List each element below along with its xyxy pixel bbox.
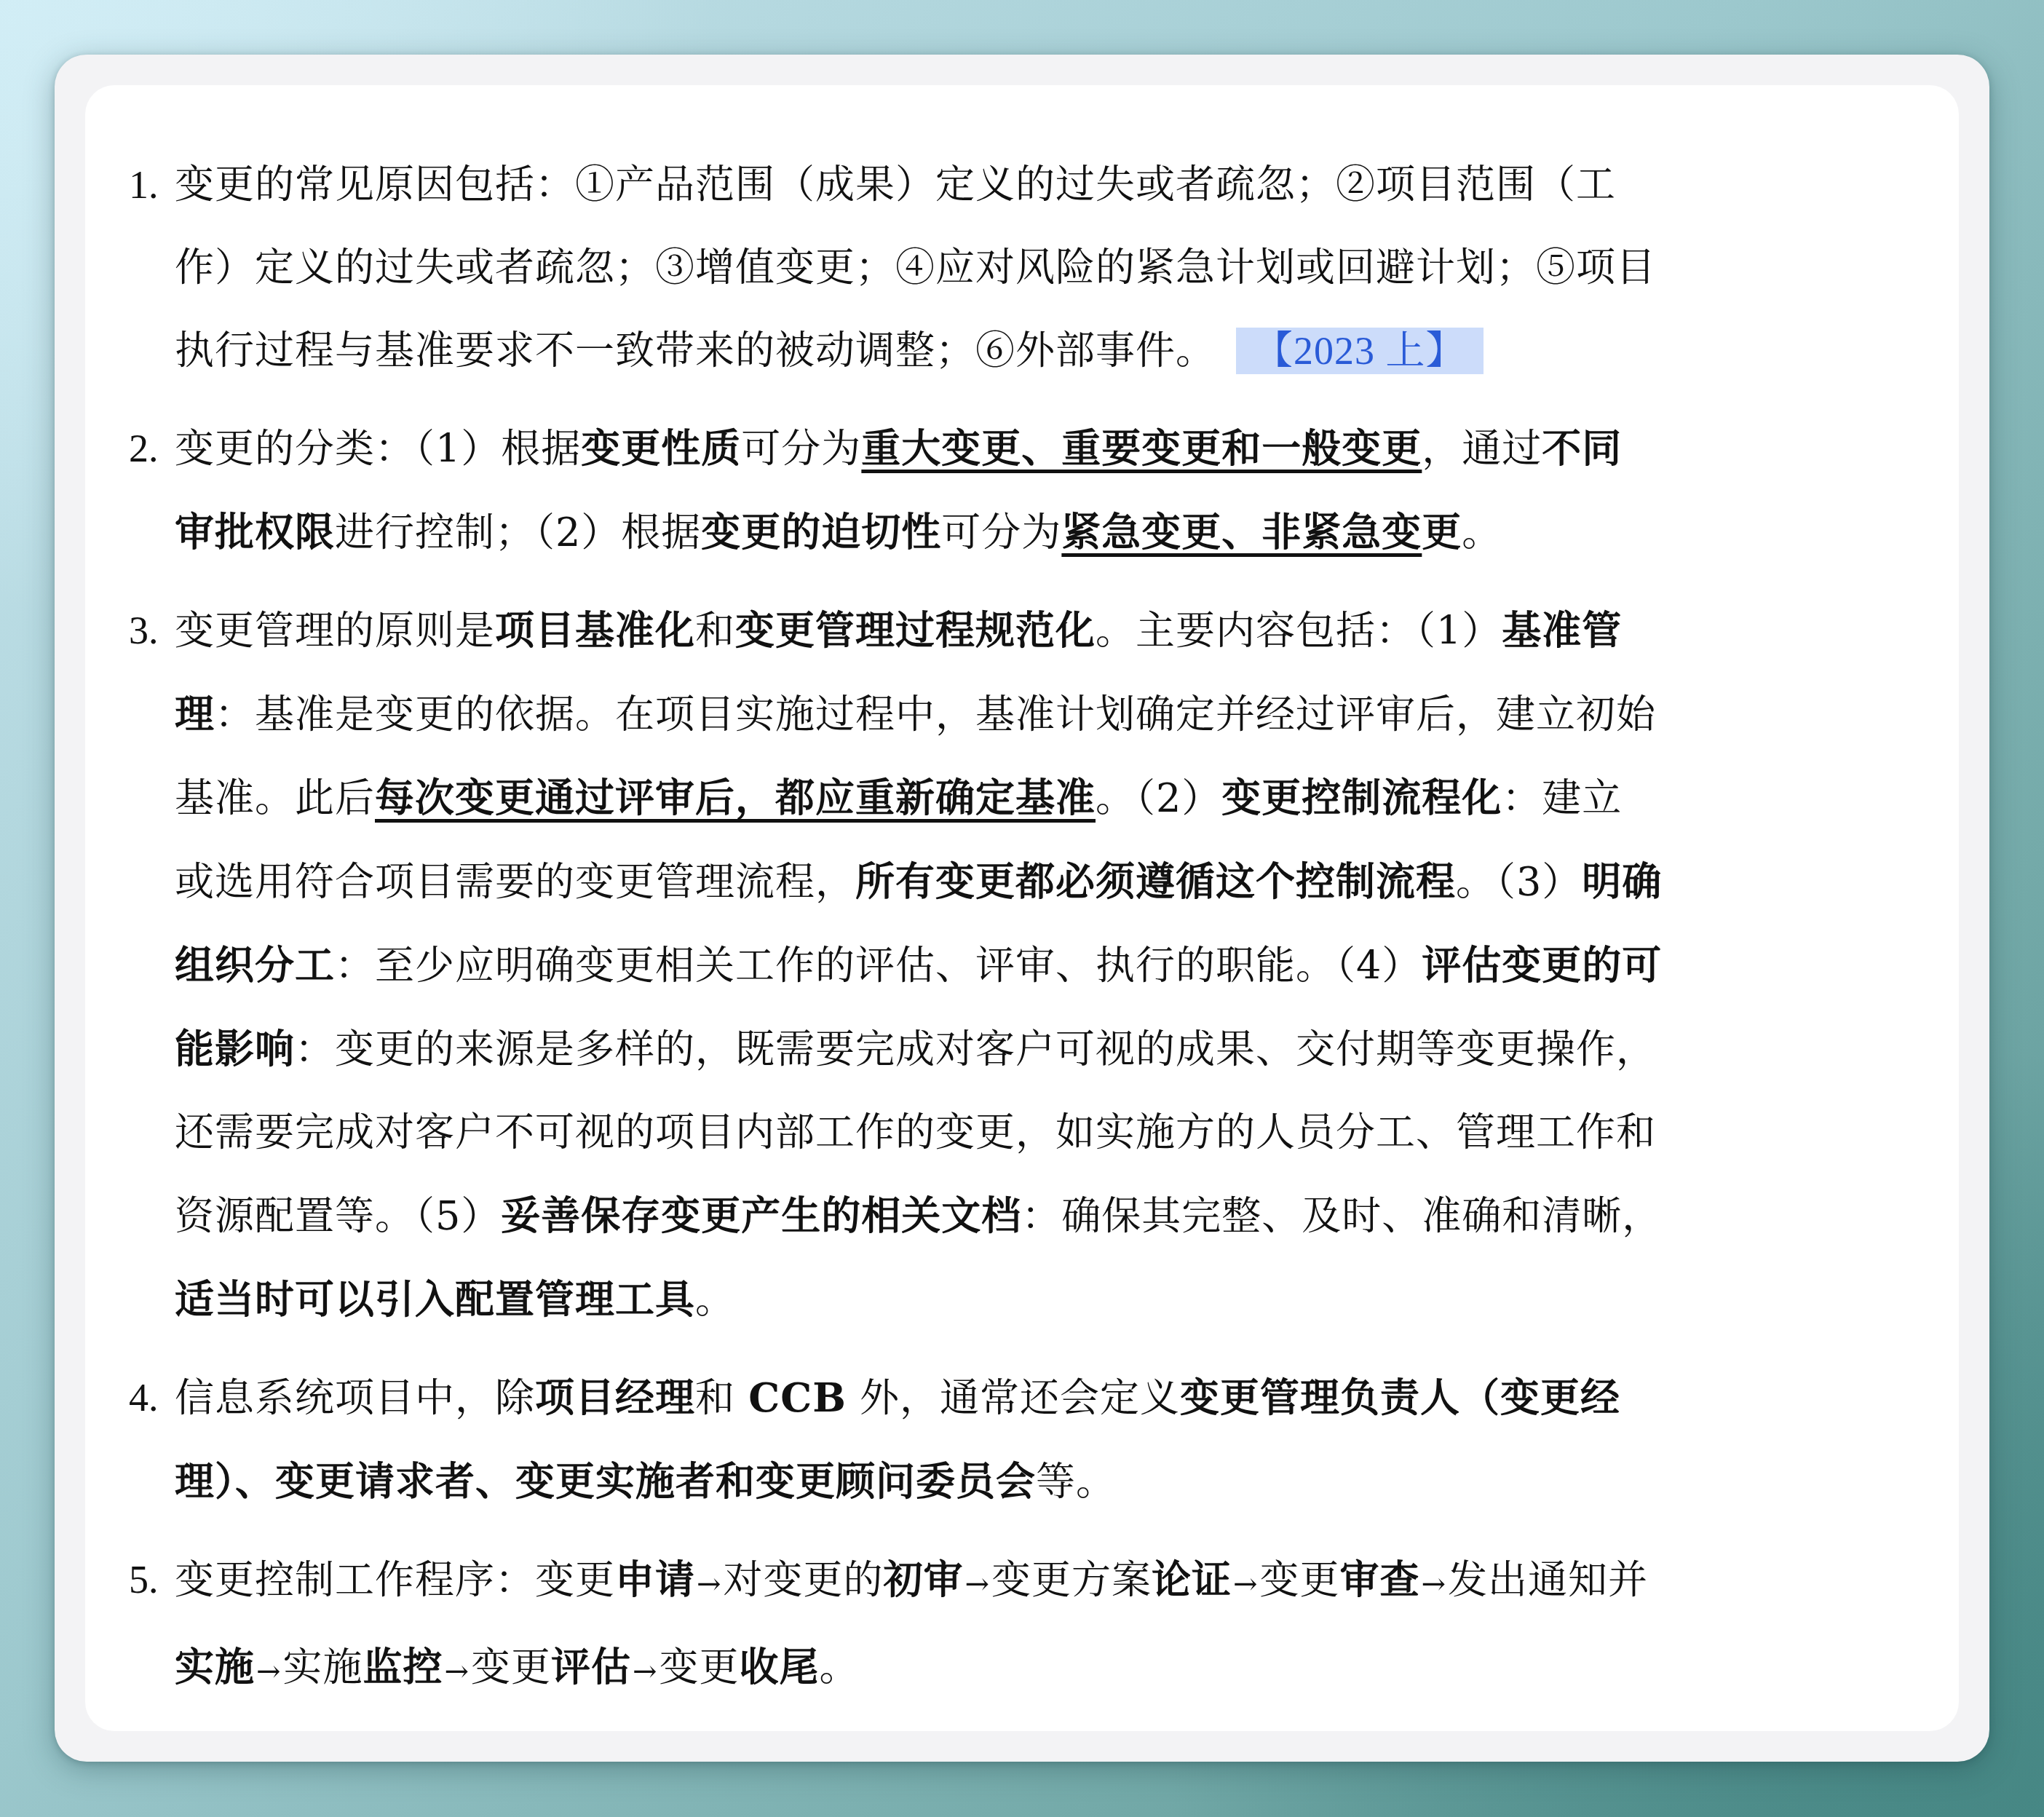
bold-term: 明确 [1582,858,1662,905]
text-line: 基准。此后每次变更通过评审后，都应重新确定基准。（2）变更控制流程化：建立 [175,756,1992,840]
bold-term: 评估 [551,1644,631,1690]
text-line: 能影响：变更的来源是多样的，既需要完成对客户可视的成果、交付期等变更操作， [175,1008,1992,1091]
numbered-list: 1.变更的常见原因包括：①产品范围（成果）定义的过失或者疏忽；②项目范围（工作）… [129,143,1992,1727]
bold-term: 变更控制流程化 [1221,775,1502,821]
text-segment: 基准。此后 [175,775,375,821]
text-segment: 还需要完成对客户不可视的项目内部工作的变更，如实施方的人员分工、管理工作和 [175,1109,1656,1155]
list-item: 2.变更的分类：（1）根据变更性质可分为重大变更、重要变更和一般变更，通过不同审… [129,407,1992,574]
list-item-number: 1. [129,143,173,226]
bold-term: 收尾 [740,1644,820,1690]
text-line: 变更管理的原则是项目基准化和变更管理过程规范化。主要内容包括：（1）基准管 [175,589,1992,673]
list-item-number: 2. [129,407,173,490]
underlined-key-point: 每次变更通过评审后，都应重新确定基准 [375,775,1096,821]
bold-term: 变更管理过程规范化 [735,607,1096,654]
text-line: 审批权限进行控制；（2）根据变更的迫切性可分为紧急变更、非紧急变更。 [175,491,1992,574]
bold-term: 项目经理 [535,1374,695,1421]
bold-term: 理）、变更请求者、变更实施者和变更顾问委员会 [175,1458,1036,1505]
text-segment: 变更的常见原因包括：①产品范围（成果）定义的过失或者疏忽；②项目范围（工 [175,162,1616,207]
arrow-right-icon: → [443,1655,472,1688]
list-item-number: 4. [129,1356,173,1439]
text-segment: 。 [1462,510,1502,555]
text-line: 变更的分类：（1）根据变更性质可分为重大变更、重要变更和一般变更，通过不同 [175,407,1992,491]
bold-term: 基准管 [1502,607,1622,654]
exam-year-tag: 【2023 上】 [1236,328,1484,374]
arrow-right-icon: → [1420,1567,1449,1601]
list-item: 4.信息系统项目中，除项目经理和 CCB 外，通常还会定义变更管理负责人（变更经… [129,1356,1992,1524]
bold-term: 监控 [363,1644,443,1690]
text-segment: 对变更的 [724,1557,884,1603]
bold-term: 所有变更都必须遵循这个控制流程 [855,858,1456,905]
text-segment: 或选用符合项目需要的变更管理流程， [175,859,855,905]
text-segment: 变更 [471,1644,551,1690]
bold-term: 实施 [175,1644,255,1690]
text-segment: ：确保其完整、及时、准确和清晰， [1021,1193,1662,1239]
bold-term: 论证 [1152,1556,1232,1603]
text-segment: 。 [820,1644,860,1690]
text-line: 适当时可以引入配置管理工具。 [175,1258,1992,1342]
text-segment: 作）定义的过失或者疏忽；③增值变更；④应对风险的紧急计划或回避计划；⑤项目 [175,245,1656,290]
text-segment: 变更方案 [991,1557,1152,1603]
document-card: 1.变更的常见原因包括：①产品范围（成果）定义的过失或者疏忽；②项目范围（工作）… [85,85,1959,1731]
text-line: 资源配置等。（5）妥善保存变更产生的相关文档：确保其完整、及时、准确和清晰， [175,1174,1992,1258]
text-segment: ：变更的来源是多样的，既需要完成对客户可视的成果、交付期等变更操作， [295,1026,1656,1072]
arrow-right-icon: → [631,1655,659,1688]
text-segment: 和 [695,608,735,654]
text-segment: 进行控制；（2）根据 [335,510,701,555]
bold-term: 能影响 [175,1026,295,1072]
bold-term: 更 [1422,509,1462,555]
underlined-key-point: 重大变更、重要变更和一般变更 [861,425,1422,472]
bold-term: 项目基准化 [495,607,695,654]
text-line: 理：基准是变更的依据。在项目实施过程中，基准计划确定并经过评审后，建立初始 [175,673,1992,756]
bold-term: 妥善保存变更产生的相关文档 [501,1192,1021,1239]
text-segment: 。主要内容包括：（1） [1096,608,1502,654]
text-segment: ：至少应明确变更相关工作的评估、评审、执行的职能。（4） [335,943,1422,989]
text-line: 或选用符合项目需要的变更管理流程，所有变更都必须遵循这个控制流程。（3）明确 [175,840,1992,924]
bold-term: 适当时可以引入配置管理工具 [175,1276,695,1323]
text-segment: 等。 [1036,1459,1116,1505]
text-segment: ：建立 [1502,775,1622,821]
text-segment: ：基准是变更的依据。在项目实施过程中，基准计划确定并经过评审后，建立初始 [215,692,1656,737]
bold-term: CCB [748,1374,847,1421]
outer-card: 1.变更的常见原因包括：①产品范围（成果）定义的过失或者疏忽；②项目范围（工作）… [55,55,1989,1762]
text-line: 作）定义的过失或者疏忽；③增值变更；④应对风险的紧急计划或回避计划；⑤项目 [175,226,1992,309]
underlined-key-point: 紧急变更、非紧急变 [1061,509,1422,555]
arrow-right-icon: → [695,1567,724,1601]
text-segment: 变更的分类：（1）根据 [175,426,581,472]
text-line: 变更控制工作程序：变更申请→对变更的初审→变更方案论证→变更审查→发出通知并 [175,1538,1992,1626]
text-line: 实施→实施监控→变更评估→变更收尾。 [175,1626,1992,1713]
text-segment: 可分为 [741,426,861,472]
list-item: 3.变更管理的原则是项目基准化和变更管理过程规范化。主要内容包括：（1）基准管理… [129,589,1992,1342]
bold-term: 不同 [1542,425,1622,472]
text-segment: 变更 [1260,1557,1340,1603]
text-segment: 信息系统项目中，除 [175,1375,535,1421]
text-segment: 。（2） [1096,775,1221,821]
arrow-right-icon: → [964,1567,992,1601]
text-segment: ，通过 [1422,426,1542,472]
bold-term: 变更的迫切性 [701,509,941,555]
text-segment: 。（3） [1456,859,1582,905]
text-segment: 发出通知并 [1448,1557,1648,1603]
list-item-number: 5. [129,1538,173,1621]
text-segment: 执行过程与基准要求不一致带来的被动调整；⑥外部事件。 [175,328,1216,373]
text-segment: 外，通常还会定义 [847,1375,1180,1421]
list-item-number: 3. [129,589,173,672]
text-line: 还需要完成对客户不可视的项目内部工作的变更，如实施方的人员分工、管理工作和 [175,1091,1992,1174]
bold-term: 审查 [1340,1556,1420,1603]
bold-term: 理 [175,691,215,737]
bold-term: 变更管理负责人（变更经 [1180,1374,1620,1421]
list-item: 1.变更的常见原因包括：①产品范围（成果）定义的过失或者疏忽；②项目范围（工作）… [129,143,1992,392]
text-segment: 和 [695,1375,748,1421]
text-line: 执行过程与基准要求不一致带来的被动调整；⑥外部事件。【2023 上】 [175,309,1992,392]
arrow-right-icon: → [1232,1567,1260,1601]
text-line: 信息系统项目中，除项目经理和 CCB 外，通常还会定义变更管理负责人（变更经 [175,1356,1992,1440]
bold-term: 申请 [615,1556,695,1603]
text-segment: 资源配置等。（5） [175,1193,501,1239]
bold-term: 变更性质 [581,425,741,472]
text-segment: 实施 [283,1644,363,1690]
text-segment: 可分为 [941,510,1061,555]
list-item: 5.变更控制工作程序：变更申请→对变更的初审→变更方案论证→变更审查→发出通知并… [129,1538,1992,1713]
text-segment: 变更 [659,1644,740,1690]
bold-term: 组织分工 [175,942,335,989]
text-segment: 。 [695,1277,735,1323]
bold-term: 评估变更的可 [1422,942,1662,989]
text-segment: 变更控制工作程序：变更 [175,1557,615,1603]
bold-term: 初审 [884,1556,964,1603]
arrow-right-icon: → [255,1655,283,1688]
text-line: 组织分工：至少应明确变更相关工作的评估、评审、执行的职能。（4）评估变更的可 [175,924,1992,1008]
text-line: 理）、变更请求者、变更实施者和变更顾问委员会等。 [175,1440,1992,1524]
bold-term: 审批权限 [175,509,335,555]
text-segment: 变更管理的原则是 [175,608,495,654]
text-line: 变更的常见原因包括：①产品范围（成果）定义的过失或者疏忽；②项目范围（工 [175,143,1992,226]
